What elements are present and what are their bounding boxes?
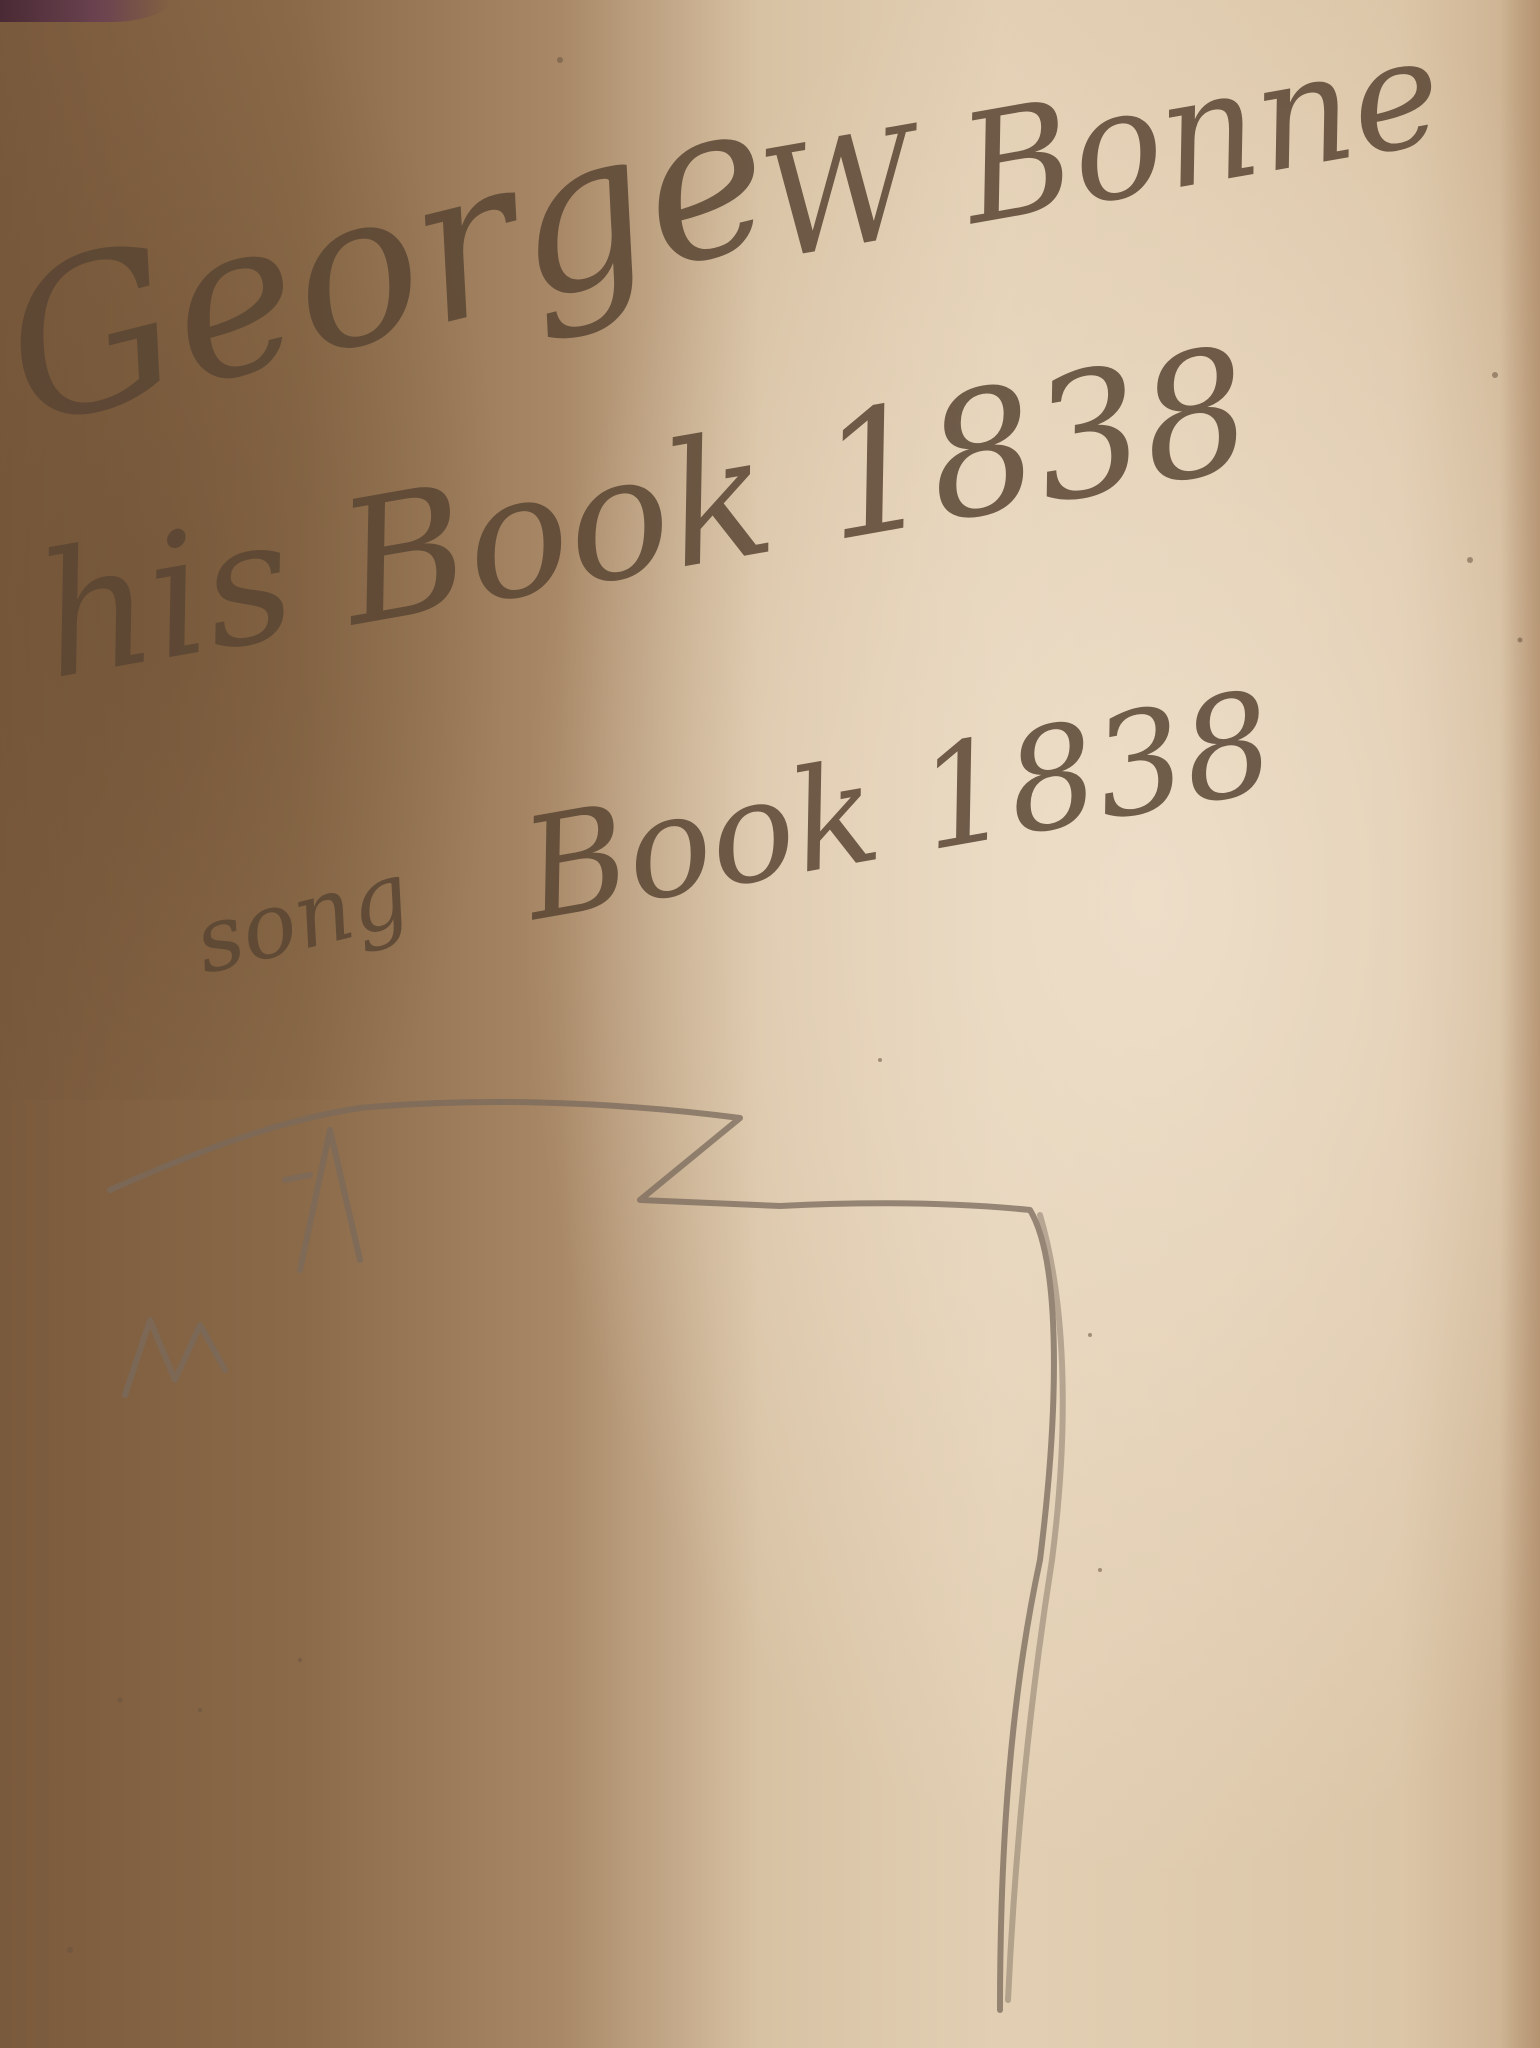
- pencil-scrawl: [0, 0, 1540, 2048]
- pencil-flourish: [110, 1102, 1054, 2010]
- pencil-initial-a: [285, 1130, 360, 1270]
- pencil-initial-w: [125, 1320, 225, 1395]
